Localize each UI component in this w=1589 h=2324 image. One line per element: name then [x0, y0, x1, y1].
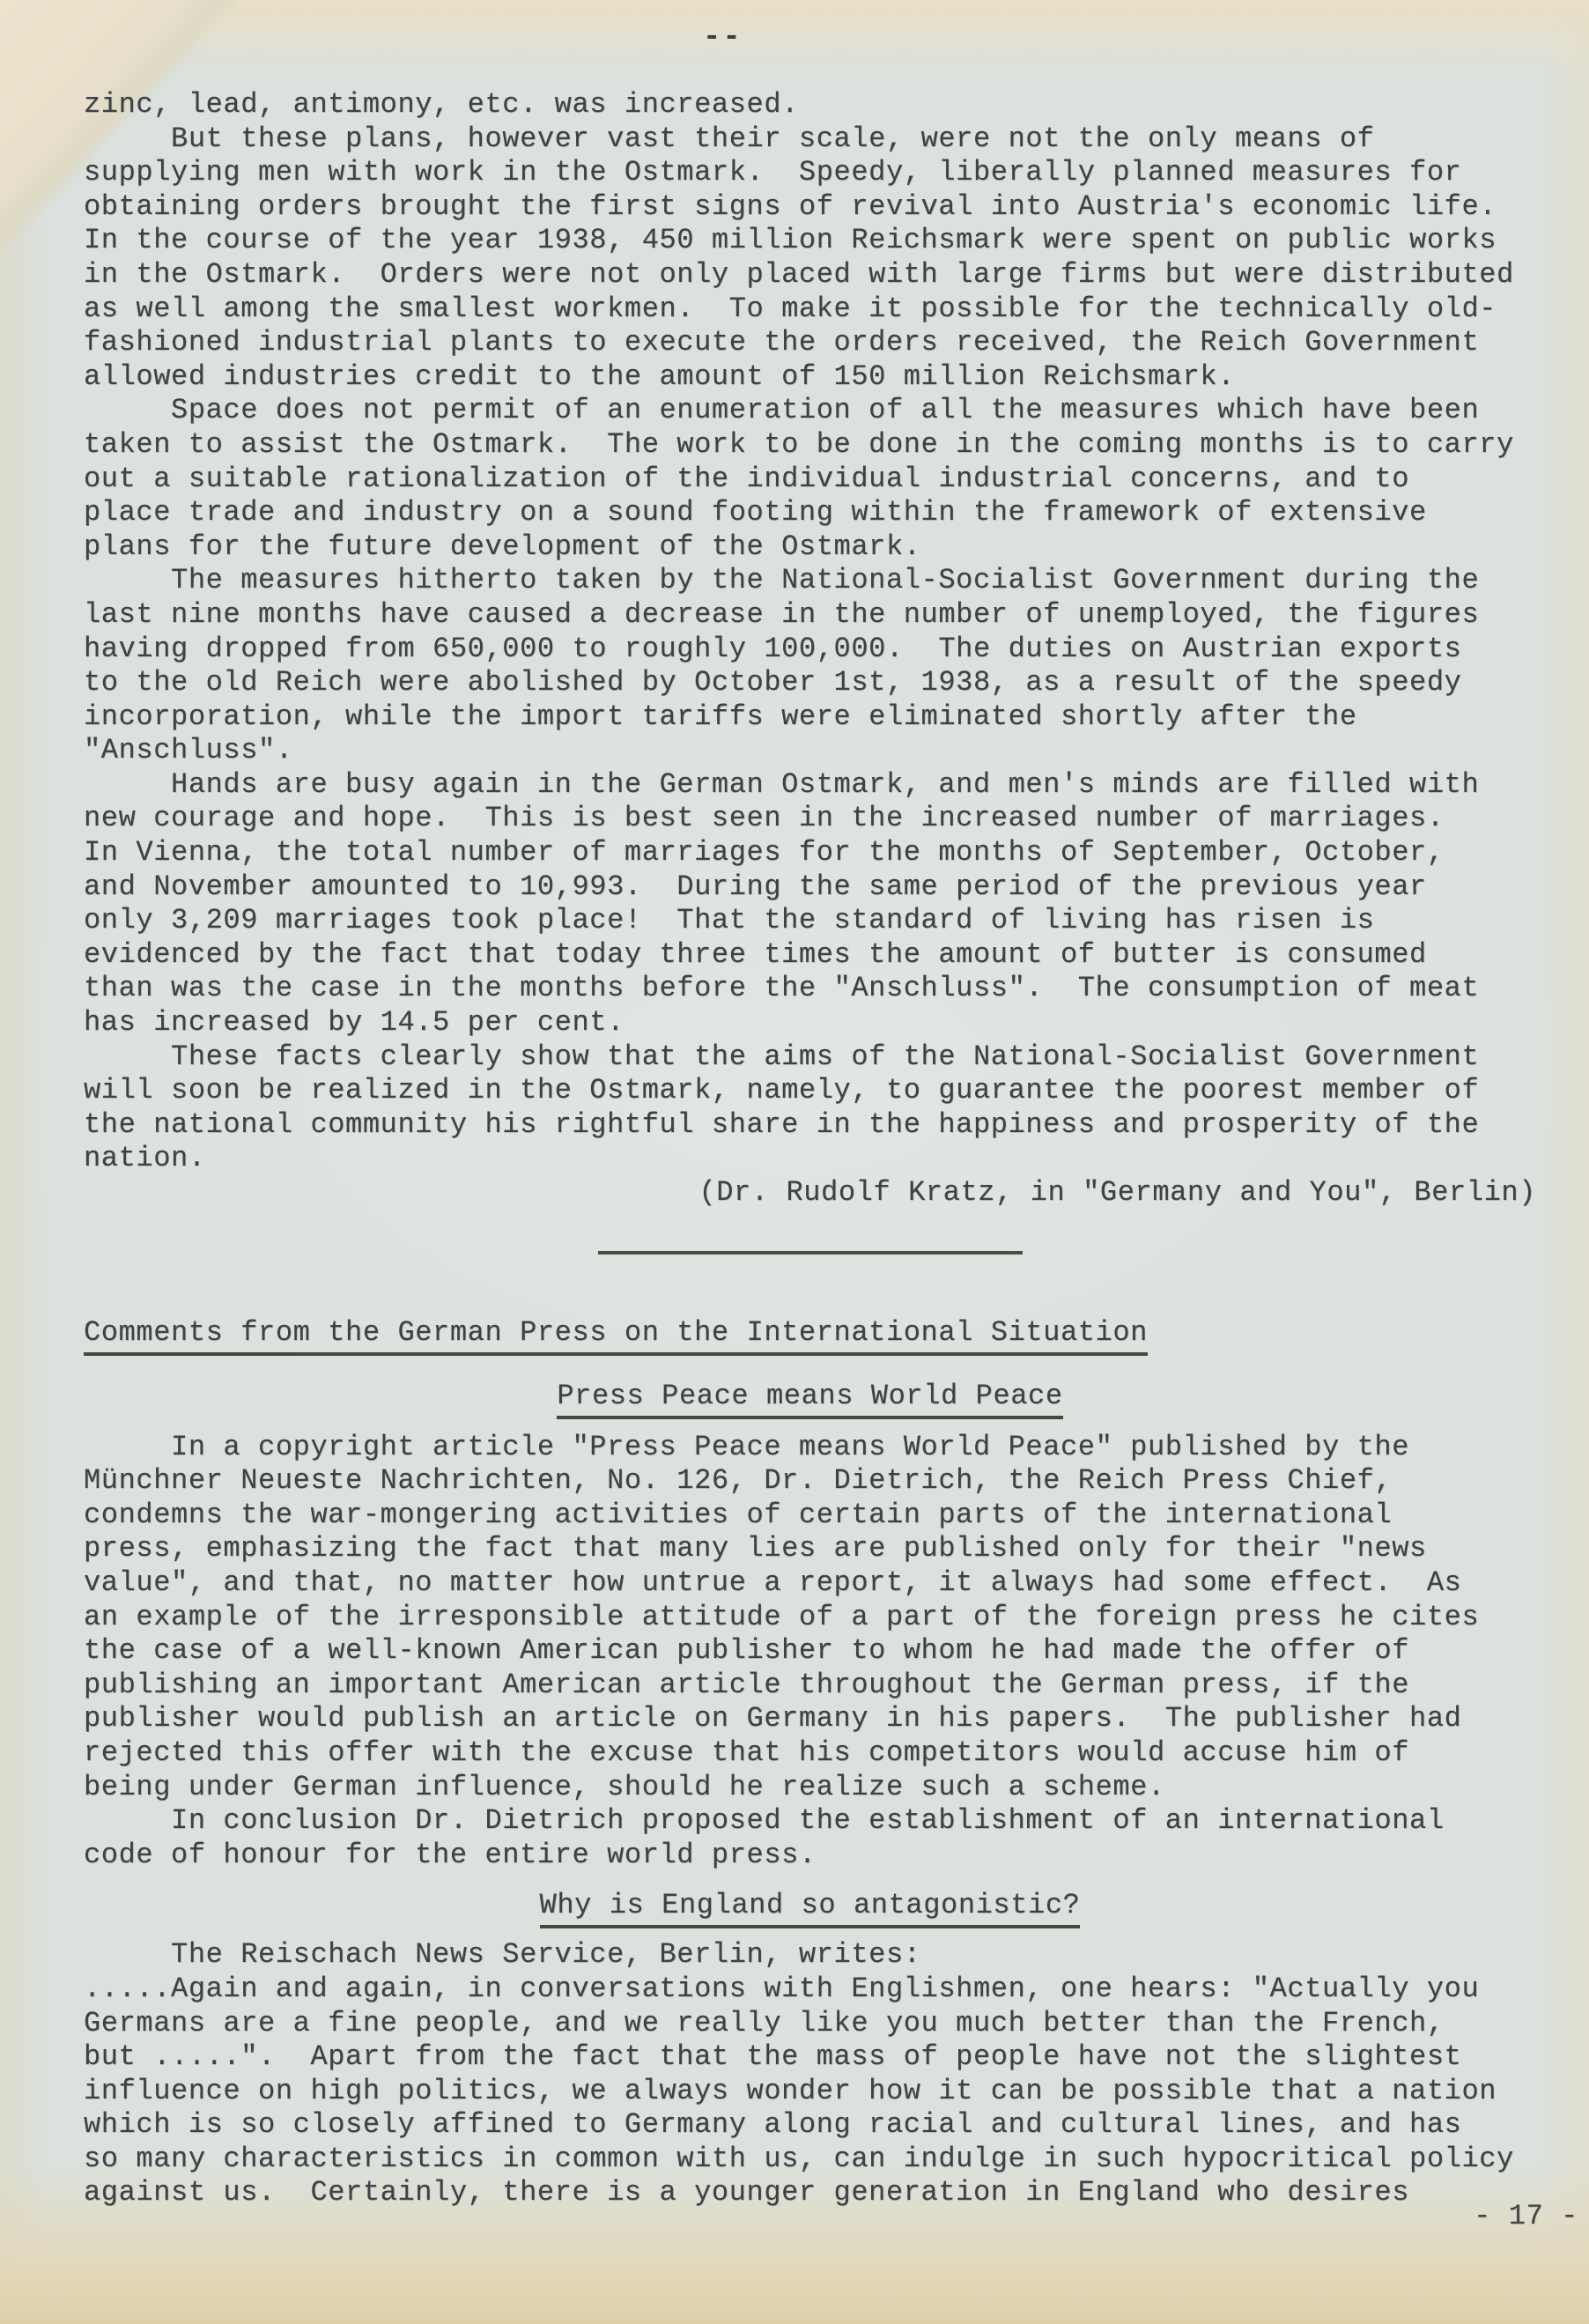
text-line: the national community his rightful shar… [84, 1108, 1536, 1143]
text-line: as well among the smallest workmen. To m… [84, 292, 1536, 327]
text-line: rejected this offer with the excuse that… [84, 1736, 1536, 1771]
text-line: in the Ostmark. Orders were not only pla… [84, 258, 1536, 292]
text-line: the case of a well-known American publis… [84, 1634, 1536, 1669]
text-line: last nine months have caused a decrease … [84, 598, 1536, 633]
text-line: These facts clearly show that the aims o… [84, 1040, 1536, 1075]
text-line: supplying men with work in the Ostmark. … [84, 156, 1536, 190]
england-heading: Why is England so antagonistic? [84, 1889, 1536, 1928]
text-line: only 3,209 marriages took place! That th… [84, 904, 1536, 938]
text-line: having dropped from 650,000 to roughly 1… [84, 633, 1536, 667]
text-line: In conclusion Dr. Dietrich proposed the … [84, 1804, 1536, 1839]
text-line: taken to assist the Ostmark. The work to… [84, 428, 1536, 463]
press-peace-heading: Press Peace means World Peace [84, 1380, 1536, 1419]
text-line: code of honour for the entire world pres… [84, 1839, 1536, 1873]
text-line: will soon be realized in the Ostmark, na… [84, 1074, 1536, 1108]
text-line: out a suitable rationalization of the in… [84, 463, 1536, 497]
text-line: fashioned industrial plants to execute t… [84, 326, 1536, 360]
text-line: against us. Certainly, there is a younge… [84, 2176, 1536, 2210]
text-line: incorporation, while the import tariffs … [84, 700, 1536, 735]
text-line: place trade and industry on a sound foot… [84, 496, 1536, 530]
text-line: Germans are a fine people, and we really… [84, 2007, 1536, 2041]
text-line: Münchner Neueste Nachrichten, No. 126, D… [84, 1464, 1536, 1499]
text-line: Hands are busy again in the German Ostma… [84, 768, 1536, 803]
text-line: an example of the irresponsible attitude… [84, 1601, 1536, 1635]
text-line: new courage and hope. This is best seen … [84, 802, 1536, 836]
section-heading-text: Comments from the German Press on the In… [84, 1318, 1148, 1356]
text-line: evidenced by the fact that today three t… [84, 938, 1536, 973]
text-line: condemns the war-mongering activities of… [84, 1499, 1536, 1533]
section-heading: Comments from the German Press on the In… [84, 1316, 1536, 1356]
text-line: "Anschluss". [84, 734, 1536, 768]
text-line: which is so closely affined to Germany a… [84, 2108, 1536, 2143]
text-line: obtaining orders brought the first signs… [84, 190, 1536, 225]
text-line: has increased by 14.5 per cent. [84, 1006, 1536, 1040]
article-press-peace-text: In a copyright article "Press Peace mean… [84, 1431, 1536, 1873]
text-line: Space does not permit of an enumeration … [84, 394, 1536, 428]
text-line: influence on high politics, we always wo… [84, 2075, 1536, 2109]
article-england-text: The Reischach News Service, Berlin, writ… [84, 1938, 1536, 2210]
page-content: zinc, lead, antimony, etc. was increased… [0, 0, 1589, 2210]
text-line: zinc, lead, antimony, etc. was increased… [84, 88, 1536, 122]
text-line: publisher would publish an article on Ge… [84, 1702, 1536, 1736]
article-ostmark-text: zinc, lead, antimony, etc. was increased… [84, 88, 1536, 1176]
text-line: publishing an important American article… [84, 1669, 1536, 1703]
text-line: to the old Reich were abolished by Octob… [84, 666, 1536, 700]
text-line: so many characteristics in common with u… [84, 2143, 1536, 2177]
england-heading-text: Why is England so antagonistic? [540, 1891, 1081, 1928]
text-line: value", and that, no matter how untrue a… [84, 1566, 1536, 1601]
document-page: -- zinc, lead, antimony, etc. was increa… [0, 0, 1589, 2324]
text-line: The Reischach News Service, Berlin, writ… [84, 1938, 1536, 1972]
page-number: - 17 - [1474, 2200, 1578, 2232]
text-line: .....Again and again, in conversations w… [84, 1972, 1536, 2007]
text-line: In Vienna, the total number of marriages… [84, 836, 1536, 870]
text-line: nation. [84, 1142, 1536, 1176]
text-line: but .....". Apart from the fact that the… [84, 2040, 1536, 2075]
text-line: plans for the future development of the … [84, 530, 1536, 565]
text-line: In a copyright article "Press Peace mean… [84, 1431, 1536, 1465]
section-divider [598, 1251, 1023, 1255]
text-line: and November amounted to 10,993. During … [84, 870, 1536, 905]
text-line: press, emphasizing the fact that many li… [84, 1532, 1536, 1566]
attribution-line: (Dr. Rudolf Kratz, in "Germany and You",… [84, 1176, 1536, 1210]
text-line: allowed industries credit to the amount … [84, 360, 1536, 395]
text-line: being under German influence, should he … [84, 1771, 1536, 1805]
text-line: The measures hitherto taken by the Natio… [84, 564, 1536, 598]
text-line: But these plans, however vast their scal… [84, 122, 1536, 157]
text-line: In the course of the year 1938, 450 mill… [84, 224, 1536, 258]
text-line: than was the case in the months before t… [84, 972, 1536, 1006]
press-peace-heading-text: Press Peace means World Peace [557, 1381, 1062, 1419]
